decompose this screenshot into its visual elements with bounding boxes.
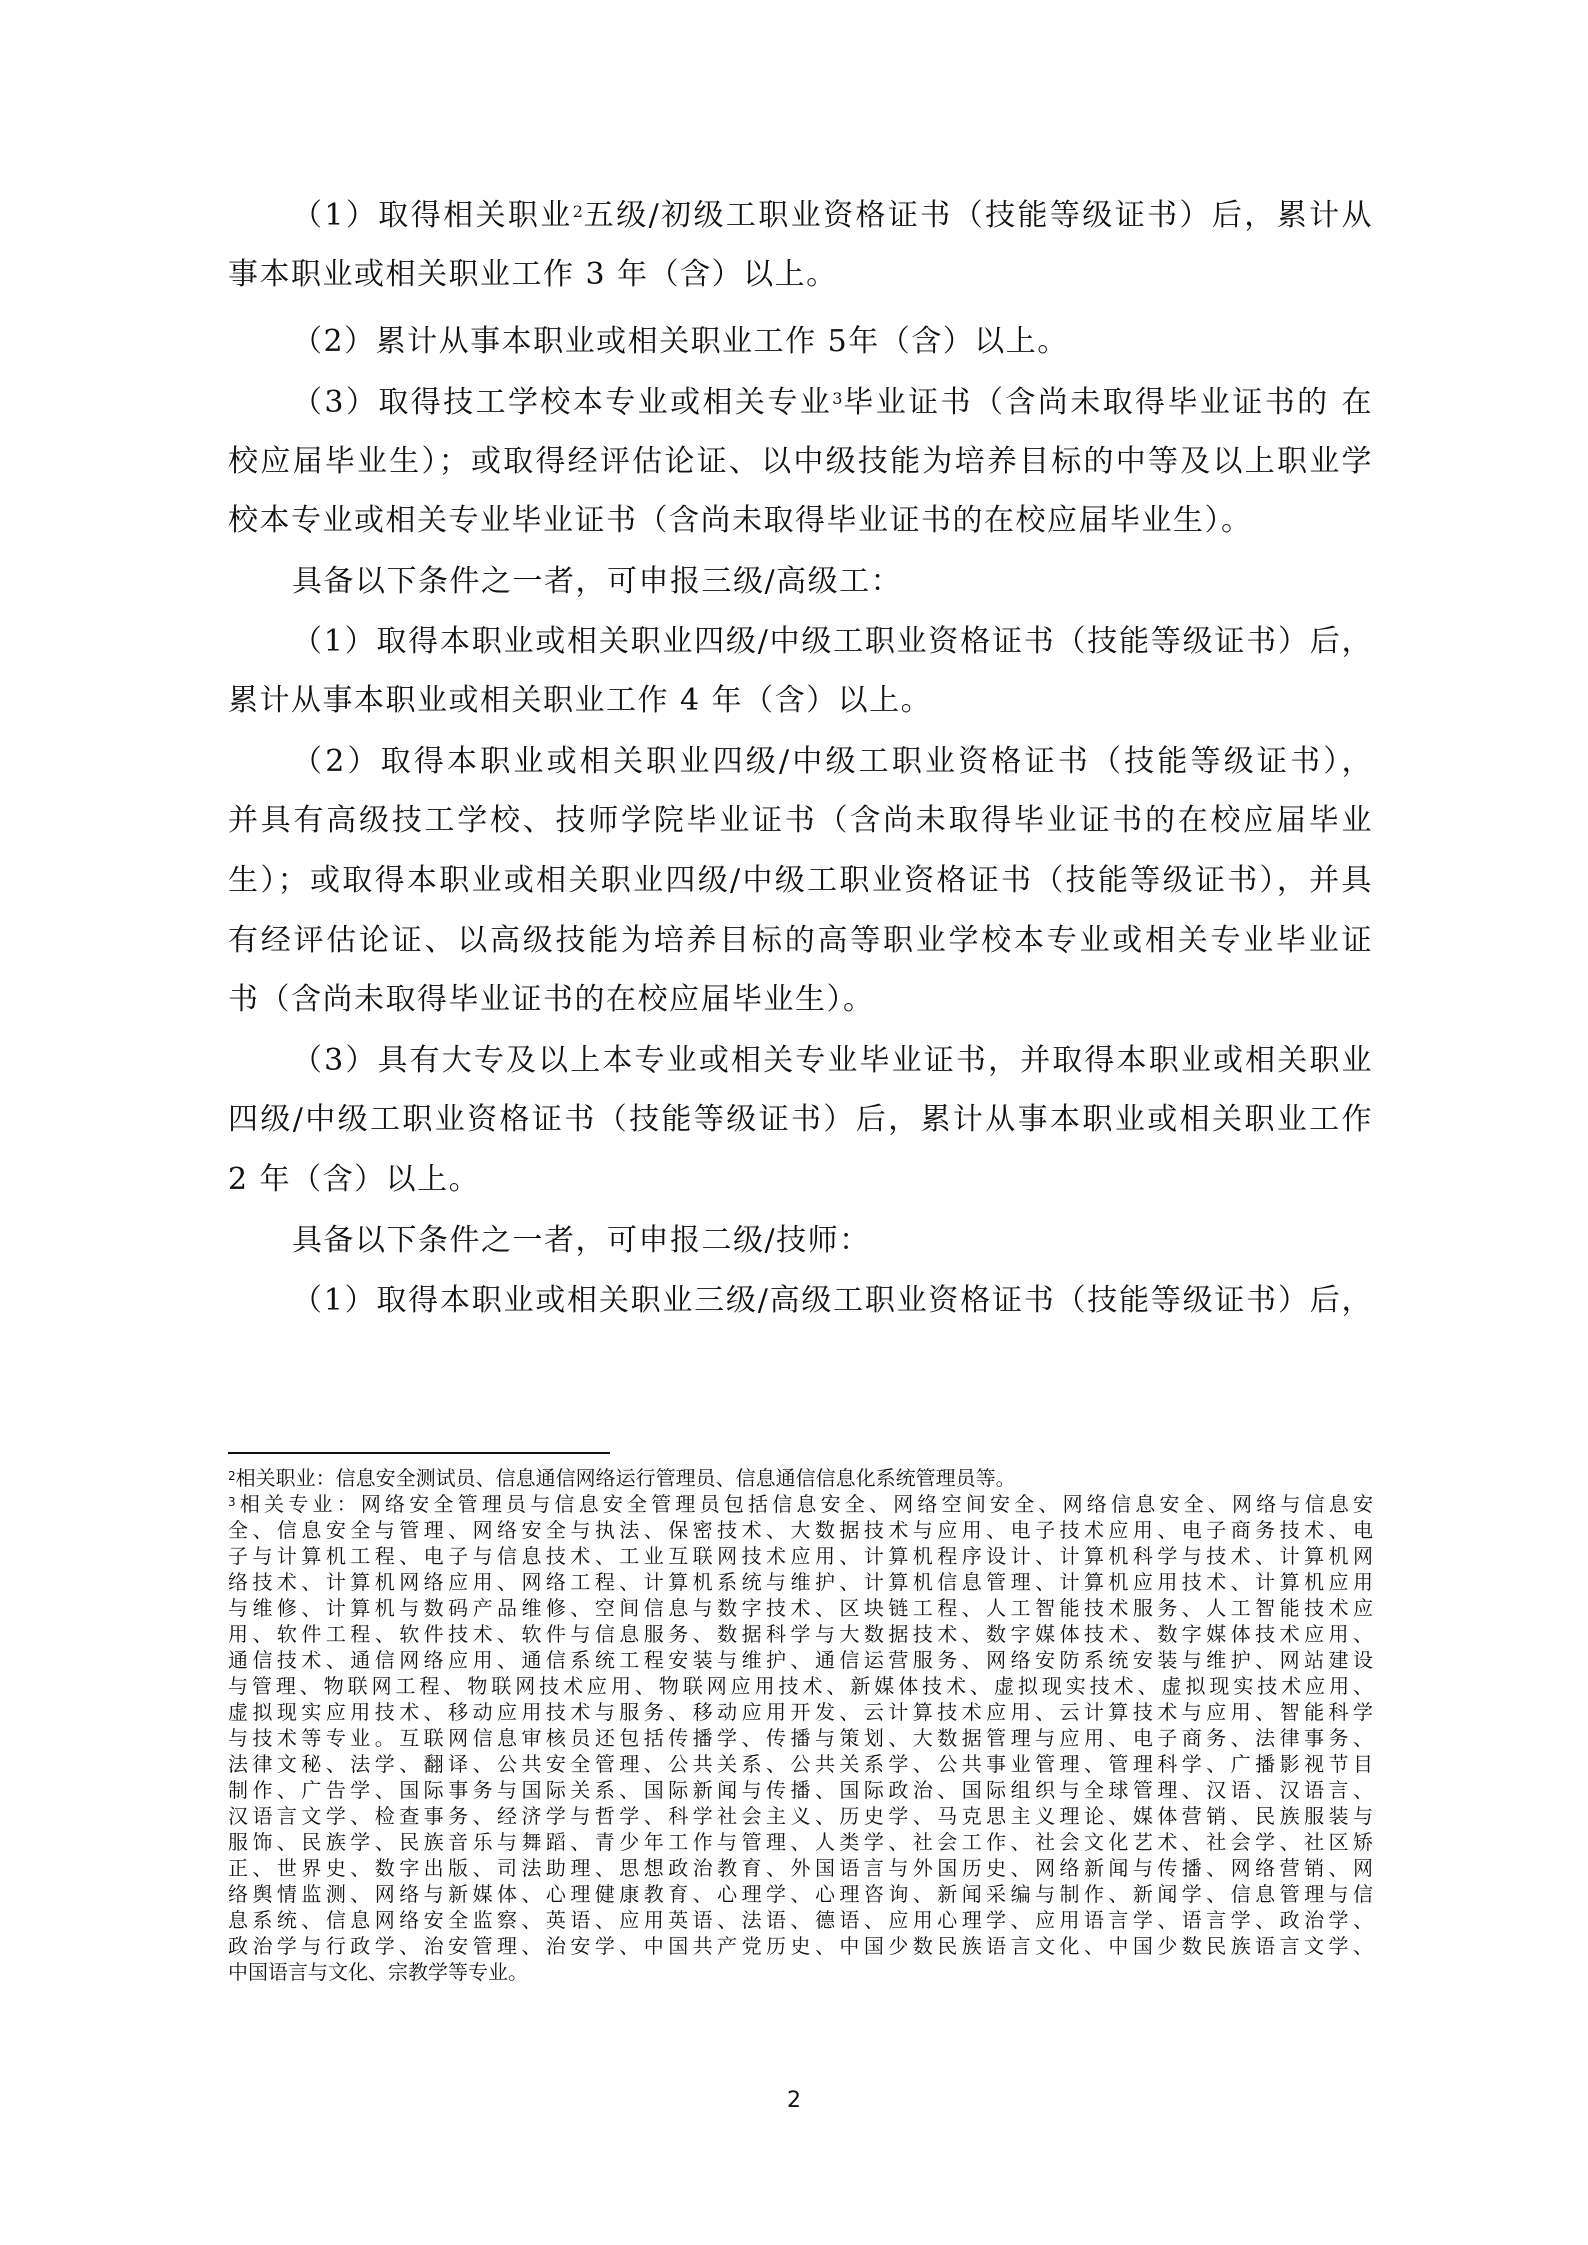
footnote-line: 制作、广告学、国际事务与国际关系、国际新闻与传播、国际政治、国际组织与全球管理、… bbox=[228, 1777, 1373, 1803]
body-text-segment: 并具有高级技工学校、技师学院毕业证书（含尚未取得毕业证书的在校应届毕业 bbox=[228, 803, 1373, 838]
footnote-line: 络技术、计算机网络应用、网络工程、计算机系统与维护、计算机信息管理、计算机应用技… bbox=[228, 1569, 1373, 1595]
footnote-text: 中国语言与文化、宗教学等专业。 bbox=[228, 1960, 528, 1984]
footnote-line: 3相关专业：网络安全管理员与信息安全管理员包括信息安全、网络空间安全、网络信息安… bbox=[228, 1491, 1373, 1517]
footnote-line: 中国语言与文化、宗教学等专业。 bbox=[228, 1959, 1373, 1985]
body-text-segment: （1）取得本职业或相关职业四级/中级工职业资格证书（技能等级证书）后， bbox=[292, 624, 1373, 659]
footnote-text: 用、软件工程、软件技术、软件与信息服务、数据科学与大数据技术、数字媒体技术、数字… bbox=[228, 1622, 1373, 1646]
body-line: 校本专业或相关专业毕业证书（含尚未取得毕业证书的在校应届毕业生）。 bbox=[228, 501, 1373, 541]
footnote-text: 全、信息安全与管理、网络安全与执法、保密技术、大数据技术与应用、电子技术应用、电… bbox=[228, 1518, 1373, 1542]
footnote-text: 相关专业：网络安全管理员与信息安全管理员包括信息安全、网络空间安全、网络信息安全… bbox=[236, 1492, 1373, 1516]
body-line: 事本职业或相关职业工作 3 年（含）以上。 bbox=[228, 255, 1373, 295]
footnote-text: 与管理、物联网工程、物联网技术应用、物联网应用技术、新媒体技术、虚拟现实技术、虚… bbox=[228, 1674, 1373, 1698]
footnote-text: 与技术等专业。互联网信息审核员还包括传播学、传播与策划、大数据管理与应用、电子商… bbox=[228, 1726, 1373, 1750]
body-line: （2）累计从事本职业或相关职业工作 5年（含）以上。 bbox=[292, 322, 1373, 362]
body-text-segment: 具备以下条件之一者，可申报二级/技师： bbox=[292, 1223, 871, 1258]
footnote-text: 相关职业：信息安全测试员、信息通信网络运行管理员、信息通信信息化系统管理员等。 bbox=[236, 1466, 1016, 1490]
footnote-line: 虚拟现实应用技术、移动应用技术与服务、移动应用开发、云计算技术应用、云计算技术与… bbox=[228, 1699, 1373, 1725]
body-line: （1）取得本职业或相关职业三级/高级工职业资格证书（技能等级证书）后， bbox=[292, 1281, 1373, 1321]
footnote-text: 虚拟现实应用技术、移动应用技术与服务、移动应用开发、云计算技术应用、云计算技术与… bbox=[228, 1700, 1373, 1724]
footnote-line: 络舆情监测、网络与新媒体、心理健康教育、心理学、心理咨询、新闻采编与制作、新闻学… bbox=[228, 1881, 1373, 1907]
body-line: 并具有高级技工学校、技师学院毕业证书（含尚未取得毕业证书的在校应届毕业 bbox=[228, 801, 1373, 841]
footnote-line: 通信技术、通信网络应用、通信系统工程安装与维护、通信运营服务、网络安防系统安装与… bbox=[228, 1647, 1373, 1673]
footnote-reference[interactable]: 2 bbox=[573, 202, 583, 221]
footnote-text: 政治学与行政学、治安管理、治安学、中国共产党历史、中国少数民族语言文化、中国少数… bbox=[228, 1934, 1373, 1958]
body-text-segment: 校应届毕业生）；或取得经评估论证、以中级技能为培养目标的中等及以上职业学 bbox=[228, 444, 1373, 479]
footnote-text: 法律文秘、法学、翻译、公共安全管理、公共关系、公共关系学、公共事业管理、管理科学… bbox=[228, 1752, 1373, 1776]
body-line: 四级/中级工职业资格证书（技能等级证书）后，累计从事本职业或相关职业工作 bbox=[228, 1100, 1373, 1140]
footnote-text: 络舆情监测、网络与新媒体、心理健康教育、心理学、心理咨询、新闻采编与制作、新闻学… bbox=[228, 1882, 1373, 1906]
body-line: 具备以下条件之一者，可申报二级/技师： bbox=[292, 1221, 1373, 1261]
footnote-marker: 2 bbox=[228, 1469, 236, 1483]
body-line: 生）；或取得本职业或相关职业四级/中级工职业资格证书（技能等级证书），并具 bbox=[228, 861, 1373, 901]
body-line: 2 年（含）以上。 bbox=[228, 1160, 1373, 1200]
footnote-reference[interactable]: 3 bbox=[832, 389, 842, 408]
footnote-line: 息系统、信息网络安全监察、英语、应用英语、法语、德语、应用心理学、应用语言学、语… bbox=[228, 1907, 1373, 1933]
body-text-segment: 有经评估论证、以高级技能为培养目标的高等职业学校本专业或相关专业毕业证 bbox=[228, 923, 1373, 958]
footnote-line: 正、世界史、数字出版、司法助理、思想政治教育、外国语言与外国历史、网络新闻与传播… bbox=[228, 1855, 1373, 1881]
page-number: 2 bbox=[0, 2088, 1588, 2113]
footnote-line: 法律文秘、法学、翻译、公共安全管理、公共关系、公共关系学、公共事业管理、管理科学… bbox=[228, 1751, 1373, 1777]
body-line: 累计从事本职业或相关职业工作 4 年（含）以上。 bbox=[228, 681, 1373, 721]
footnote-text: 制作、广告学、国际事务与国际关系、国际新闻与传播、国际政治、国际组织与全球管理、… bbox=[228, 1778, 1373, 1802]
body-text-segment: （1）取得相关职业 bbox=[292, 198, 573, 233]
footnote-text: 通信技术、通信网络应用、通信系统工程安装与维护、通信运营服务、网络安防系统安装与… bbox=[228, 1648, 1373, 1672]
body-line: 有经评估论证、以高级技能为培养目标的高等职业学校本专业或相关专业毕业证 bbox=[228, 921, 1373, 961]
footnote-line: 政治学与行政学、治安管理、治安学、中国共产党历史、中国少数民族语言文化、中国少数… bbox=[228, 1933, 1373, 1959]
footnote-text: 子与计算机工程、电子与信息技术、工业互联网技术应用、计算机程序设计、计算机科学与… bbox=[228, 1544, 1373, 1568]
body-line: （1）取得相关职业2五级/初级工职业资格证书（技能等级证书）后，累计从 bbox=[292, 196, 1373, 236]
footnote-line: 服饰、民族学、民族音乐与舞蹈、青少年工作与管理、人类学、社会工作、社会文化艺术、… bbox=[228, 1829, 1373, 1855]
footnote-text: 汉语言文学、检查事务、经济学与哲学、科学社会主义、历史学、马克思主义理论、媒体营… bbox=[228, 1804, 1373, 1828]
footnote-line: 子与计算机工程、电子与信息技术、工业互联网技术应用、计算机程序设计、计算机科学与… bbox=[228, 1543, 1373, 1569]
footnote-separator bbox=[228, 1452, 610, 1454]
body-text-segment: 毕业证书（含尚未取得毕业证书的 在 bbox=[842, 385, 1373, 420]
body-text-segment: （3）具有大专及以上本专业或相关专业毕业证书，并取得本职业或相关职业 bbox=[292, 1043, 1373, 1078]
body-text-segment: 书（含尚未取得毕业证书的在校应届毕业生）。 bbox=[228, 982, 875, 1017]
footnote-text: 络技术、计算机网络应用、网络工程、计算机系统与维护、计算机信息管理、计算机应用技… bbox=[228, 1570, 1373, 1594]
document-page: （1）取得相关职业2五级/初级工职业资格证书（技能等级证书）后，累计从事本职业或… bbox=[0, 0, 1588, 2245]
footnote-line: 用、软件工程、软件技术、软件与信息服务、数据科学与大数据技术、数字媒体技术、数字… bbox=[228, 1621, 1373, 1647]
footnote-marker: 3 bbox=[228, 1495, 236, 1509]
footnote-text: 息系统、信息网络安全监察、英语、应用英语、法语、德语、应用心理学、应用语言学、语… bbox=[228, 1908, 1373, 1932]
body-text-segment: （2）累计从事本职业或相关职业工作 5年（含）以上。 bbox=[292, 324, 1069, 359]
footnote-line: 与维修、计算机与数码产品维修、空间信息与数字技术、区块链工程、人工智能技术服务、… bbox=[228, 1595, 1373, 1621]
body-line: （3）具有大专及以上本专业或相关专业毕业证书，并取得本职业或相关职业 bbox=[292, 1041, 1373, 1081]
footnote-text: 服饰、民族学、民族音乐与舞蹈、青少年工作与管理、人类学、社会工作、社会文化艺术、… bbox=[228, 1830, 1373, 1854]
body-text-segment: （1）取得本职业或相关职业三级/高级工职业资格证书（技能等级证书）后， bbox=[292, 1283, 1373, 1318]
body-text-segment: 生）；或取得本职业或相关职业四级/中级工职业资格证书（技能等级证书），并具 bbox=[228, 863, 1373, 898]
body-line: （2）取得本职业或相关职业四级/中级工职业资格证书（技能等级证书）， bbox=[292, 742, 1373, 782]
body-line: （3）取得技工学校本专业或相关专业3毕业证书（含尚未取得毕业证书的 在 bbox=[292, 383, 1373, 423]
body-line: 具备以下条件之一者，可申报三级/高级工： bbox=[292, 562, 1373, 602]
footnote-line: 2相关职业：信息安全测试员、信息通信网络运行管理员、信息通信信息化系统管理员等。 bbox=[228, 1465, 1373, 1491]
body-text-segment: 2 年（含）以上。 bbox=[228, 1162, 480, 1197]
footnote-line: 与管理、物联网工程、物联网技术应用、物联网应用技术、新媒体技术、虚拟现实技术、虚… bbox=[228, 1673, 1373, 1699]
footnote-line: 全、信息安全与管理、网络安全与执法、保密技术、大数据技术与应用、电子技术应用、电… bbox=[228, 1517, 1373, 1543]
body-text-segment: 具备以下条件之一者，可申报三级/高级工： bbox=[292, 564, 902, 599]
body-line: 书（含尚未取得毕业证书的在校应届毕业生）。 bbox=[228, 980, 1373, 1020]
body-text-segment: 事本职业或相关职业工作 3 年（含）以上。 bbox=[228, 257, 838, 292]
footnote-text: 正、世界史、数字出版、司法助理、思想政治教育、外国语言与外国历史、网络新闻与传播… bbox=[228, 1856, 1373, 1880]
body-text-segment: （2）取得本职业或相关职业四级/中级工职业资格证书（技能等级证书）， bbox=[292, 744, 1373, 779]
body-text-segment: 校本专业或相关专业毕业证书（含尚未取得毕业证书的在校应届毕业生）。 bbox=[228, 503, 1253, 538]
body-text-segment: （3）取得技工学校本专业或相关专业 bbox=[292, 385, 832, 420]
footnote-text: 与维修、计算机与数码产品维修、空间信息与数字技术、区块链工程、人工智能技术服务、… bbox=[228, 1596, 1373, 1620]
footnote-line: 与技术等专业。互联网信息审核员还包括传播学、传播与策划、大数据管理与应用、电子商… bbox=[228, 1725, 1373, 1751]
footnote-line: 汉语言文学、检查事务、经济学与哲学、科学社会主义、历史学、马克思主义理论、媒体营… bbox=[228, 1803, 1373, 1829]
body-line: （1）取得本职业或相关职业四级/中级工职业资格证书（技能等级证书）后， bbox=[292, 622, 1373, 662]
body-text-segment: 五级/初级工职业资格证书（技能等级证书）后，累计从 bbox=[583, 198, 1373, 233]
body-text-segment: 四级/中级工职业资格证书（技能等级证书）后，累计从事本职业或相关职业工作 bbox=[228, 1102, 1373, 1137]
body-text-segment: 累计从事本职业或相关职业工作 4 年（含）以上。 bbox=[228, 683, 932, 718]
body-line: 校应届毕业生）；或取得经评估论证、以中级技能为培养目标的中等及以上职业学 bbox=[228, 442, 1373, 482]
